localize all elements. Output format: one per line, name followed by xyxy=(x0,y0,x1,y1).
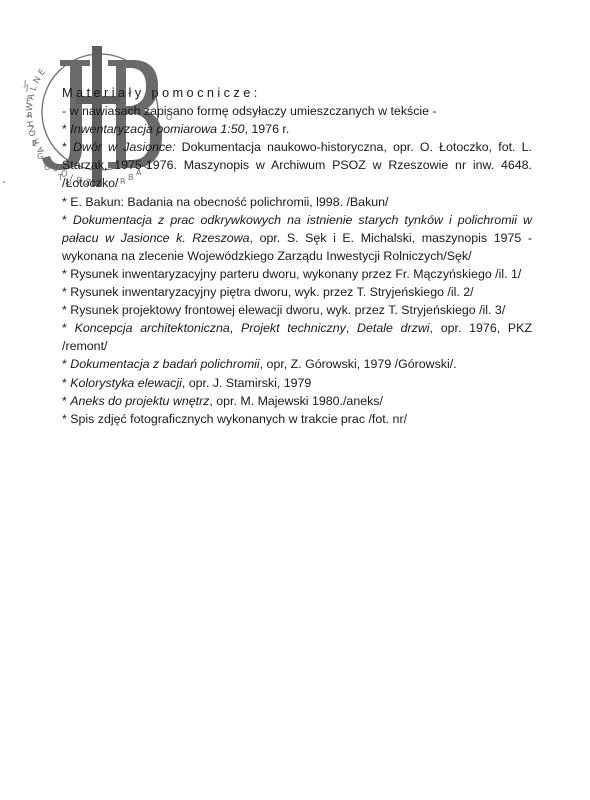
line-text: - w nawiasach zapisano formę odsyłaczy u… xyxy=(62,104,437,118)
document-line: * Dwór w Jasionce: Dokumentacja naukowo-… xyxy=(62,138,532,156)
line-text: , xyxy=(346,321,357,335)
italic-title-text: Dwór w Jasionce: xyxy=(73,140,176,154)
document-page: ZBIORY ARCHIWALNE J J E R Z E G O T U R … xyxy=(0,0,590,800)
line-text: * Rysunek inwentaryzacyjny parteru dworu… xyxy=(62,267,521,281)
document-line: * Koncepcja architektoniczna, Projekt te… xyxy=(62,319,532,337)
line-text: * Rysunek projektowy frontowej elewacji … xyxy=(62,303,505,317)
line-text: * xyxy=(62,140,73,154)
document-line: * Kolorystyka elewacji, opr. J. Stamirsk… xyxy=(62,374,532,392)
line-text: , opr. M. Majewski 1980./aneks/ xyxy=(209,394,383,408)
italic-title-text: Projekt techniczny xyxy=(241,321,346,335)
svg-text:E: E xyxy=(26,97,31,106)
line-text: , 1976 r. xyxy=(245,122,290,136)
svg-text:Z: Z xyxy=(29,125,35,134)
svg-text:J: J xyxy=(25,83,28,92)
svg-text:O: O xyxy=(44,163,50,172)
document-line: * Rysunek inwentaryzacyjny parteru dworu… xyxy=(62,265,532,283)
line-text: , opr. 1976, PKZ xyxy=(430,321,532,335)
document-line: * Rysunek projektowy frontowej elewacji … xyxy=(62,301,532,319)
svg-text:G: G xyxy=(37,152,43,161)
document-line: * Spis zdjęć fotograficznych wykonanych … xyxy=(62,410,532,428)
line-text: * xyxy=(62,321,75,335)
reference-list: - w nawiasach zapisano formę odsyłaczy u… xyxy=(62,102,532,428)
italic-title-text: Inwentaryzacja pomiarowa 1:50 xyxy=(70,122,244,136)
line-text: , xyxy=(230,321,241,335)
scan-speck xyxy=(3,181,5,183)
line-text: Starzak, 1975-1976. Maszynopis w Archiwu… xyxy=(62,158,532,172)
line-text: /Łotoczko/ xyxy=(62,176,118,190)
document-line: * Aneks do projektu wnętrz, opr. M. Maje… xyxy=(62,392,532,410)
document-line: /Łotoczko/ xyxy=(62,174,532,192)
document-line: * Rysunek inwentaryzacyjny piętra dworu,… xyxy=(62,283,532,301)
line-text: wykonana na zlecenie Wojewódzkiego Zarzą… xyxy=(62,249,472,263)
line-text: Dokumentacja naukowo-historyczna, opr. O… xyxy=(176,140,532,154)
italic-title-text: Koncepcja architektoniczna xyxy=(75,321,230,335)
line-text: * Rysunek inwentaryzacyjny piętra dworu,… xyxy=(62,285,474,299)
section-title: Materiały pomocnicze: xyxy=(62,84,532,102)
line-text: /remont/ xyxy=(62,339,107,353)
svg-text:J: J xyxy=(23,79,26,88)
svg-text:R: R xyxy=(27,111,33,120)
document-line: * Inwentaryzacja pomiarowa 1:50, 1976 r. xyxy=(62,120,532,138)
line-text: , opr. S. Sęk i E. Michalski, maszynopis… xyxy=(250,231,532,245)
italic-title-text: Dokumentacja z prac odkrywkowych na istn… xyxy=(73,213,532,227)
italic-title-text: Aneks do projektu wnętrz xyxy=(70,394,209,408)
document-line: * Dokumentacja z badań polichromii, opr,… xyxy=(62,355,532,373)
document-line: wykonana na zlecenie Wojewódzkiego Zarzą… xyxy=(62,247,532,265)
italic-title-text: Dokumentacja z badań polichromii xyxy=(70,357,259,371)
line-text: , opr, Z. Górowski, 1979 /Górowski/. xyxy=(260,357,457,371)
svg-text:E: E xyxy=(32,139,37,148)
document-body: Materiały pomocnicze: - w nawiasach zapi… xyxy=(62,84,532,428)
line-text: * xyxy=(62,213,73,227)
document-line: Starzak, 1975-1976. Maszynopis w Archiwu… xyxy=(62,156,532,174)
italic-title-text: Detale drzwi xyxy=(357,321,430,335)
document-line: pałacu w Jasionce k. Rzeszowa, opr. S. S… xyxy=(62,229,532,247)
document-line: - w nawiasach zapisano formę odsyłaczy u… xyxy=(62,102,532,120)
document-line: * Dokumentacja z prac odkrywkowych na is… xyxy=(62,211,532,229)
line-text: , opr. J. Stamirski, 1979 xyxy=(182,376,311,390)
italic-title-text: Kolorystyka elewacji xyxy=(70,376,182,390)
document-line: /remont/ xyxy=(62,337,532,355)
line-text: * Spis zdjęć fotograficznych wykonanych … xyxy=(62,412,407,426)
line-text: * E. Bakun: Badania na obecność polichro… xyxy=(62,195,389,209)
document-line: * E. Bakun: Badania na obecność polichro… xyxy=(62,193,532,211)
italic-title-text: pałacu w Jasionce k. Rzeszowa xyxy=(62,231,250,245)
